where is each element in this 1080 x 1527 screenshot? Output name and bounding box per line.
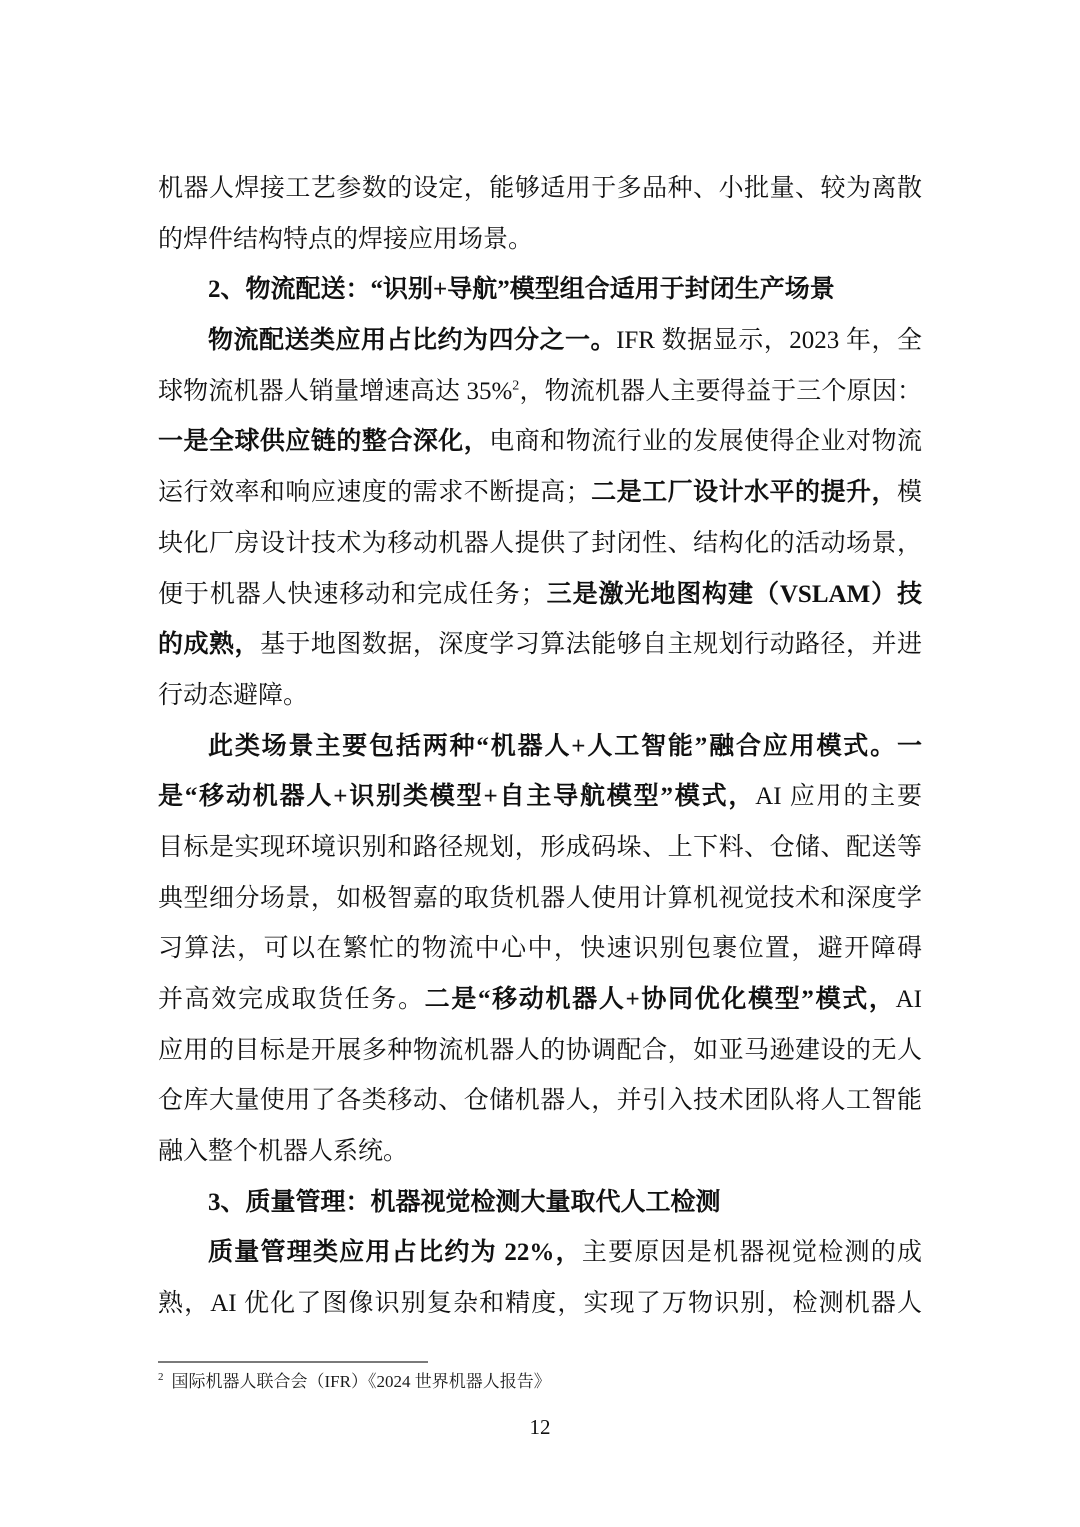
text-segment: 应用的目标是开展多种物流机器人的协调配合，如亚马逊建设的无人 bbox=[158, 1037, 922, 1064]
text-segment: 是“移动机器人+识别类模型+自主导航模型”模式， bbox=[158, 783, 755, 810]
text-segment: 此类场景主要包括两种“机器人+人工智能”融合应用模式。一 bbox=[208, 733, 922, 760]
text-line: 熟，AI 优化了图像识别复杂和精度，实现了万物识别，检测机器人 bbox=[158, 1279, 922, 1330]
text-segment: 典型细分场景，如极智嘉的取货机器人使用计算机视觉技术和深度学 bbox=[158, 885, 922, 912]
text-segment: 物流配送类应用占比约为四分之一。 bbox=[208, 327, 616, 354]
page-number: 12 bbox=[0, 1414, 1080, 1440]
text-line: 目标是实现环境识别和路径规划，形成码垛、上下料、仓储、配送等 bbox=[158, 823, 922, 874]
text-line: 质量管理类应用占比约为 22%，主要原因是机器视觉检测的成 bbox=[158, 1228, 922, 1279]
text-segment: 球物流机器人销量增速高达 35% bbox=[158, 378, 512, 405]
text-segment: IFR 数据显示，2023 年，全 bbox=[616, 327, 922, 354]
text-line: 球物流机器人销量增速高达 35%2，物流机器人主要得益于三个原因： bbox=[158, 367, 922, 418]
text-segment: 的焊件结构特点的焊接应用场景。 bbox=[158, 226, 533, 253]
text-segment: 目标是实现环境识别和路径规划，形成码垛、上下料、仓储、配送等 bbox=[158, 834, 922, 861]
text-line: 应用的目标是开展多种物流机器人的协调配合，如亚马逊建设的无人 bbox=[158, 1026, 922, 1077]
text-line: 习算法，可以在繁忙的物流中心中，快速识别包裹位置，避开障碍物， bbox=[158, 924, 922, 975]
text-segment: 块化厂房设计技术为移动机器人提供了封闭性、结构化的活动场景， bbox=[158, 530, 922, 557]
text-line: 并高效完成取货任务。二是“移动机器人+协同优化模型”模式，AI bbox=[158, 975, 922, 1026]
text-line: 是“移动机器人+识别类模型+自主导航模型”模式，AI 应用的主要 bbox=[158, 772, 922, 823]
document-body: 机器人焊接工艺参数的设定，能够适用于多品种、小批量、较为离散的焊件结构特点的焊接… bbox=[158, 164, 922, 1330]
text-segment: 并高效完成取货任务。 bbox=[158, 986, 425, 1013]
heading-line: 3、质量管理：机器视觉检测大量取代人工检测 bbox=[158, 1178, 922, 1229]
text-segment: 仓库大量使用了各类移动、仓储机器人，并引入技术团队将人工智能 bbox=[158, 1087, 922, 1114]
text-segment: 主要原因是机器视觉检测的成 bbox=[582, 1239, 922, 1266]
text-line: 一是全球供应链的整合深化，电商和物流行业的发展使得企业对物流 bbox=[158, 417, 922, 468]
text-segment: 基于地图数据，深度学习算法能够自主规划行动路径，并进 bbox=[260, 631, 922, 658]
text-line: 仓库大量使用了各类移动、仓储机器人，并引入技术团队将人工智能 bbox=[158, 1076, 922, 1127]
text-segment: 运行效率和响应速度的需求不断提高； bbox=[158, 479, 591, 506]
text-segment: 的成熟， bbox=[158, 631, 260, 658]
text-segment: 便于机器人快速移动和完成任务； bbox=[158, 581, 546, 608]
footnote-separator bbox=[158, 1361, 428, 1363]
text-line: 典型细分场景，如极智嘉的取货机器人使用计算机视觉技术和深度学 bbox=[158, 874, 922, 925]
text-segment: 习算法，可以在繁忙的物流中心中，快速识别包裹位置，避开障碍物， bbox=[158, 935, 922, 975]
text-line: 便于机器人快速移动和完成任务；三是激光地图构建（VSLAM）技术 bbox=[158, 570, 922, 621]
text-line: 行动态避障。 bbox=[158, 671, 922, 722]
footnote-marker: 2 bbox=[158, 1371, 164, 1383]
text-line: 运行效率和响应速度的需求不断提高；二是工厂设计水平的提升，模 bbox=[158, 468, 922, 519]
text-segment: 质量管理类应用占比约为 22%， bbox=[208, 1239, 582, 1266]
text-line: 块化厂房设计技术为移动机器人提供了封闭性、结构化的活动场景， bbox=[158, 519, 922, 570]
document-page: 机器人焊接工艺参数的设定，能够适用于多品种、小批量、较为离散的焊件结构特点的焊接… bbox=[0, 0, 1080, 1527]
text-segment: AI 应用的主要 bbox=[755, 783, 922, 810]
footnote-text: 国际机器人联合会（IFR）《2024 世界机器人报告》 bbox=[172, 1372, 551, 1391]
text-segment: ，物流机器人主要得益于三个原因： bbox=[519, 378, 922, 405]
text-line: 物流配送类应用占比约为四分之一。IFR 数据显示，2023 年，全 bbox=[158, 316, 922, 367]
text-segment: 二是“移动机器人+协同优化模型”模式， bbox=[425, 986, 896, 1013]
text-line: 的焊件结构特点的焊接应用场景。 bbox=[158, 215, 922, 266]
text-segment: 机器人焊接工艺参数的设定，能够适用于多品种、小批量、较为离散 bbox=[158, 175, 922, 202]
text-line: 融入整个机器人系统。 bbox=[158, 1127, 922, 1178]
text-line: 机器人焊接工艺参数的设定，能够适用于多品种、小批量、较为离散 bbox=[158, 164, 922, 215]
text-segment: 融入整个机器人系统。 bbox=[158, 1138, 408, 1165]
text-segment: 2、物流配送：“识别+导航”模型组合适用于封闭生产场景 bbox=[208, 276, 835, 303]
text-segment: 模 bbox=[897, 479, 922, 506]
text-segment: 3、质量管理：机器视觉检测大量取代人工检测 bbox=[208, 1189, 721, 1216]
text-segment: 行动态避障。 bbox=[158, 682, 308, 709]
text-segment: 一是全球供应链的整合深化， bbox=[158, 428, 489, 455]
text-line: 此类场景主要包括两种“机器人+人工智能”融合应用模式。一 bbox=[158, 722, 922, 773]
heading-line: 2、物流配送：“识别+导航”模型组合适用于封闭生产场景 bbox=[158, 265, 922, 316]
text-line: 的成熟，基于地图数据，深度学习算法能够自主规划行动路径，并进 bbox=[158, 620, 922, 671]
text-segment: 电商和物流行业的发展使得企业对物流 bbox=[489, 428, 922, 455]
footnote: 2国际机器人联合会（IFR）《2024 世界机器人报告》 bbox=[158, 1370, 922, 1394]
text-segment: 熟，AI 优化了图像识别复杂和精度，实现了万物识别，检测机器人 bbox=[158, 1290, 922, 1317]
text-segment: 二是工厂设计水平的提升， bbox=[591, 479, 897, 506]
text-segment: AI bbox=[896, 986, 922, 1013]
